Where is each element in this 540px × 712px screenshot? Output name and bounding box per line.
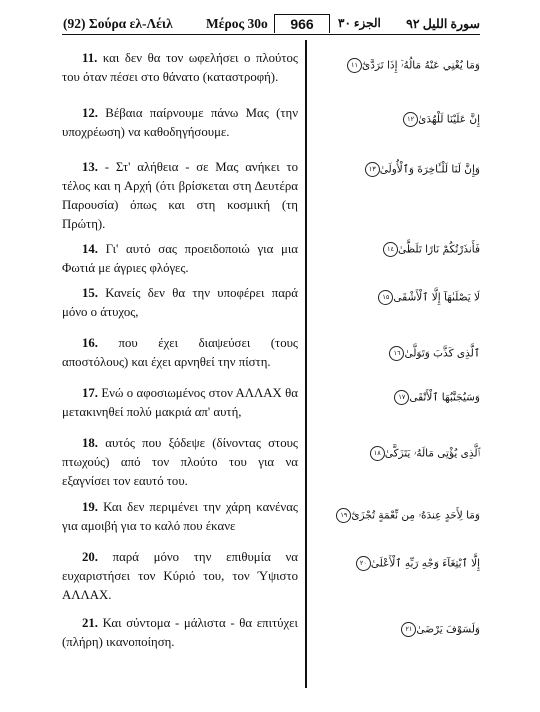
verse-greek-11: 11. και δεν θα τον ωφελήσει ο πλούτος το… (62, 49, 298, 87)
page-number: 966 (274, 14, 330, 33)
ayah-number-marker: ١٥ (378, 290, 393, 305)
column-divider (305, 40, 307, 688)
verse-greek-19: 19. Και δεν περιμένει την χάρη κανένας γ… (62, 498, 298, 536)
ayah-number-marker: ١٤ (383, 242, 398, 257)
verse-greek-16: 16. που έχει διαψεύσει (τους αποστόλους)… (62, 334, 298, 372)
verse-greek-17: 17. Ενώ ο αφοσιωμένος στον ΑΛΛΑΧ θα μετα… (62, 384, 298, 422)
verse-greek-13: 13. - Στ' αλήθεια - σε Μας ανήκει το τέλ… (62, 158, 298, 234)
verse-arabic-13: وَإِنَّ لَنَا لَلْـَٔاخِرَةَ وَٱلْأُولَى… (312, 162, 480, 177)
verse-arabic-15: لَا يَصْلَىٰهَآ إِلَّا ٱلْأَشْقَى١٥ (312, 290, 480, 305)
surah-title-greek: (92) Σούρα ελ-Λέιλ (63, 16, 173, 32)
verse-arabic-12: إِنَّ عَلَيْنَا لَلْهُدَىٰ١٢ (312, 112, 480, 127)
ayah-number-marker: ١١ (347, 58, 362, 73)
verse-arabic-21: وَلَسَوْفَ يَرْضَىٰ٢١ (312, 622, 480, 637)
verse-arabic-16: ٱلَّذِى كَذَّبَ وَتَوَلَّىٰ١٦ (312, 346, 480, 361)
verse-arabic-17: وَسَيُجَنَّبُهَا ٱلْأَتْقَى١٧ (312, 390, 480, 405)
verse-arabic-20: إِلَّا ٱبْتِغَآءَ وَجْهِ رَبِّهِ ٱلْأَعْ… (312, 556, 480, 571)
ayah-number-marker: ١٧ (394, 390, 409, 405)
ayah-number-marker: ١٨ (370, 446, 385, 461)
verse-arabic-14: فَأَنذَرْتُكُمْ نَارًا تَلَظَّىٰ١٤ (312, 242, 480, 257)
ayah-number-marker: ١٢ (403, 112, 418, 127)
verse-greek-21: 21. Και σύντομα - μάλιστα - θα επιτύχει … (62, 614, 298, 652)
surah-title-arabic: سورة الليل ٩٢ (406, 16, 480, 32)
verse-greek-20: 20. παρά μόνο την επιθυμία να ευχαριστήσ… (62, 548, 298, 605)
ayah-number-marker: ١٩ (336, 508, 351, 523)
verse-greek-15: 15. Κανείς δεν θα την υποφέρει παρά μόνο… (62, 284, 298, 322)
ayah-number-marker: ٢١ (401, 622, 416, 637)
verse-greek-18: 18. αυτός που ξόδεψε (δίνοντας στους πτω… (62, 434, 298, 491)
verse-arabic-18: ٱلَّذِى يُؤْتِى مَالَهُۥ يَتَزَكَّىٰ١٨ (312, 446, 480, 461)
ayah-number-marker: ١٣ (365, 162, 380, 177)
verse-arabic-19: وَمَا لِأَحَدٍ عِندَهُۥ مِن نِّعْمَةٍ تُ… (312, 508, 480, 523)
ayah-number-marker: ١٦ (389, 346, 404, 361)
verse-arabic-11: وَمَا يُغْنِي عَنْهُ مَالُهُۥٓ إِذَا تَر… (312, 58, 480, 73)
page-header: (92) Σούρα ελ-Λέιλ Μέρος 30ο 966 الجزء ٣… (62, 14, 480, 35)
ayah-number-marker: ٢٠ (356, 556, 371, 571)
verse-greek-12: 12. Βέβαια παίρνουμε πάνω Μας (την υποχρ… (62, 104, 298, 142)
juz-label-arabic: الجزء ٣٠ (338, 16, 381, 31)
part-label-greek: Μέρος 30ο (206, 16, 268, 32)
verse-greek-14: 14. Γι' αυτό σας προειδοποιώ για μια Φωτ… (62, 240, 298, 278)
